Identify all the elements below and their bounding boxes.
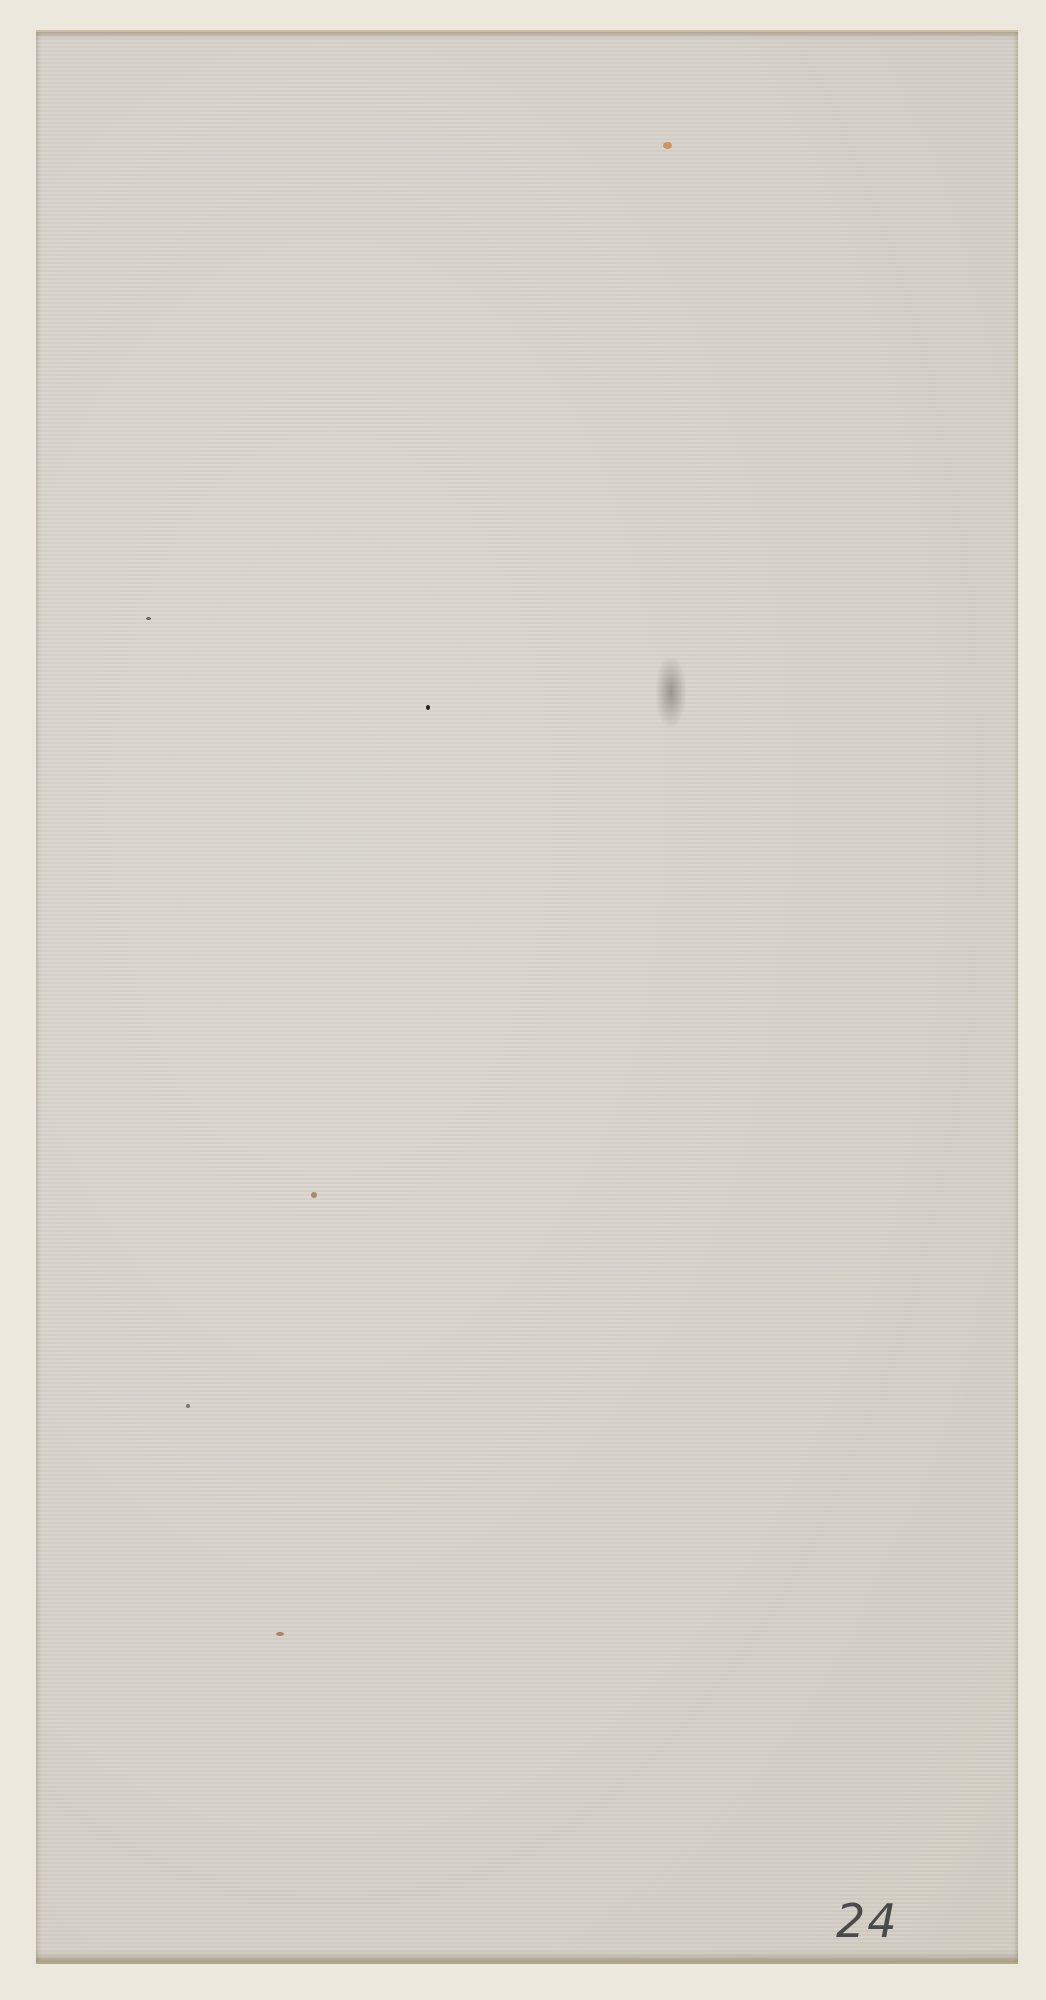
foxing-spot (186, 1404, 190, 1408)
foxing-spot (426, 705, 430, 710)
graphite-smudge (656, 657, 686, 727)
foxing-spot (663, 142, 672, 149)
foxing-spot (311, 1192, 317, 1198)
foxing-spot (146, 617, 151, 620)
paper-sheet: 24 (36, 30, 1018, 1964)
page-number-annotation: 24 (836, 1894, 899, 1948)
foxing-spot (276, 1632, 284, 1636)
